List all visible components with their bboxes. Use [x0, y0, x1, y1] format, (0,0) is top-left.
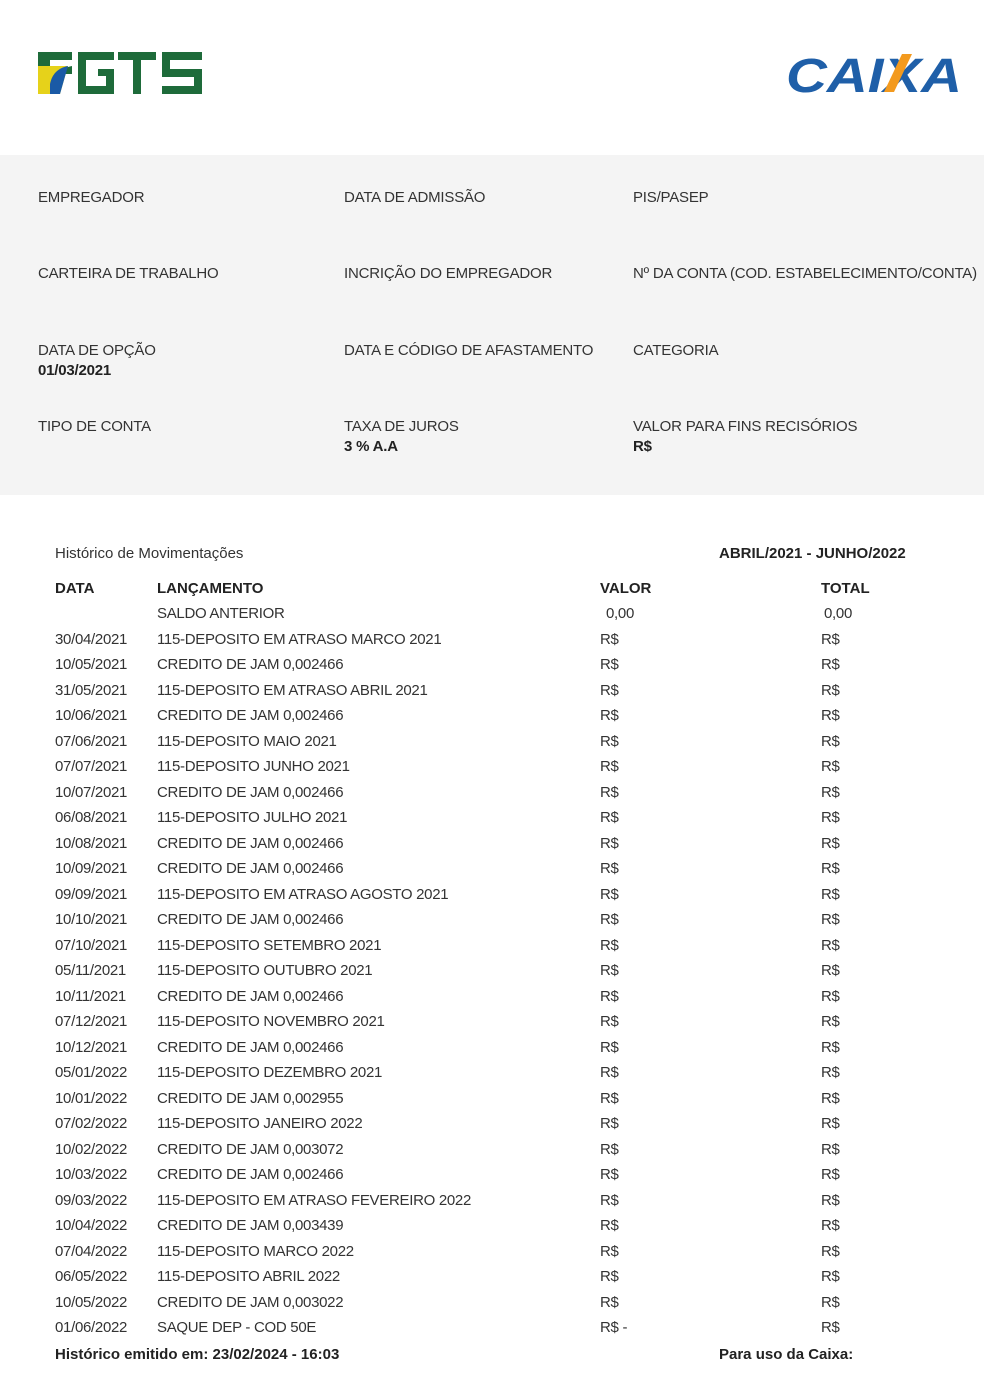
row-total: R$: [821, 1192, 840, 1209]
interest-rate-field: TAXA DE JUROS 3 % A.A: [344, 417, 459, 457]
work-card-field: CARTEIRA DE TRABALHO: [38, 264, 219, 284]
pis-pasep-field: PIS/PASEP: [633, 188, 708, 208]
row-value: R$: [600, 707, 619, 724]
caixa-logo: CAIXA: [786, 52, 964, 94]
interest-rate-value: 3 % A.A: [344, 437, 459, 457]
row-total: R$: [821, 860, 840, 877]
row-total: R$: [821, 1268, 840, 1285]
row-total: R$: [821, 1294, 840, 1311]
table-row: SALDO ANTERIOR0,000,00: [0, 602, 984, 628]
row-value: R$: [600, 1268, 619, 1285]
table-row: 07/06/2021115-DEPOSITO MAIO 2021R$R$: [0, 730, 984, 756]
table-row: 06/05/2022115-DEPOSITO ABRIL 2022R$R$: [0, 1265, 984, 1291]
row-value: R$: [600, 784, 619, 801]
row-description: 115-DEPOSITO EM ATRASO MARCO 2021: [157, 631, 441, 648]
row-date: 07/04/2022: [55, 1243, 127, 1260]
row-total: R$: [821, 809, 840, 826]
row-date: 31/05/2021: [55, 682, 127, 699]
table-row: 10/03/2022CREDITO DE JAM 0,002466R$R$: [0, 1163, 984, 1189]
row-description: SALDO ANTERIOR: [157, 605, 285, 622]
table-row: 10/02/2022CREDITO DE JAM 0,003072R$R$: [0, 1138, 984, 1164]
row-date: 09/09/2021: [55, 886, 127, 903]
row-value: R$ -: [600, 1319, 627, 1336]
table-row: 10/09/2021CREDITO DE JAM 0,002466R$R$: [0, 857, 984, 883]
table-row: 07/12/2021115-DEPOSITO NOVEMBRO 2021R$R$: [0, 1010, 984, 1036]
row-date: 10/07/2021: [55, 784, 127, 801]
row-total: R$: [821, 1115, 840, 1132]
table-row: 09/03/2022115-DEPOSITO EM ATRASO FEVEREI…: [0, 1189, 984, 1215]
account-info-panel: EMPREGADOR DATA DE ADMISSÃO PIS/PASEP CA…: [0, 155, 984, 495]
employer-field: EMPREGADOR: [38, 188, 144, 208]
row-value: R$: [600, 1166, 619, 1183]
table-row: 10/05/2021CREDITO DE JAM 0,002466R$R$: [0, 653, 984, 679]
row-value: R$: [600, 835, 619, 852]
row-date: 10/10/2021: [55, 911, 127, 928]
table-row: 10/10/2021CREDITO DE JAM 0,002466R$R$: [0, 908, 984, 934]
table-row: 30/04/2021115-DEPOSITO EM ATRASO MARCO 2…: [0, 628, 984, 654]
table-row: 10/12/2021CREDITO DE JAM 0,002466R$R$: [0, 1036, 984, 1062]
row-total: R$: [821, 784, 840, 801]
row-value: R$: [600, 656, 619, 673]
row-date: 10/08/2021: [55, 835, 127, 852]
termination-value-field: VALOR PARA FINS RECISÓRIOS R$: [633, 417, 857, 457]
row-total: R$: [821, 886, 840, 903]
history-period: ABRIL/2021 - JUNHO/2022: [719, 545, 906, 562]
account-type-field: TIPO DE CONTA: [38, 417, 151, 437]
table-row: 31/05/2021115-DEPOSITO EM ATRASO ABRIL 2…: [0, 679, 984, 705]
column-header-total: TOTAL: [821, 580, 870, 597]
row-value: 0,00: [606, 605, 634, 622]
table-row: 07/07/2021115-DEPOSITO JUNHO 2021R$R$: [0, 755, 984, 781]
category-field: CATEGORIA: [633, 341, 718, 361]
row-value: R$: [600, 733, 619, 750]
leave-date-code-label: DATA E CÓDIGO DE AFASTAMENTO: [344, 341, 593, 361]
document-header: CAIXA: [0, 0, 984, 155]
employer-registration-label: INCRIÇÃO DO EMPREGADOR: [344, 264, 552, 284]
row-description: CREDITO DE JAM 0,002466: [157, 835, 343, 852]
row-value: R$: [600, 1243, 619, 1260]
row-description: CREDITO DE JAM 0,003439: [157, 1217, 343, 1234]
row-total: R$: [821, 1064, 840, 1081]
table-row: 10/06/2021CREDITO DE JAM 0,002466R$R$: [0, 704, 984, 730]
row-date: 06/08/2021: [55, 809, 127, 826]
column-header-date: DATA: [55, 580, 94, 597]
row-value: R$: [600, 911, 619, 928]
row-description: CREDITO DE JAM 0,002955: [157, 1090, 343, 1107]
work-card-label: CARTEIRA DE TRABALHO: [38, 264, 219, 284]
row-description: 115-DEPOSITO MAIO 2021: [157, 733, 337, 750]
row-date: 07/07/2021: [55, 758, 127, 775]
employer-registration-field: INCRIÇÃO DO EMPREGADOR: [344, 264, 552, 284]
row-description: 115-DEPOSITO DEZEMBRO 2021: [157, 1064, 382, 1081]
row-total: R$: [821, 1090, 840, 1107]
caixa-use-label: Para uso da Caixa:: [719, 1346, 853, 1363]
row-total: R$: [821, 1039, 840, 1056]
row-total: R$: [821, 988, 840, 1005]
table-row: 07/04/2022115-DEPOSITO MARCO 2022R$R$: [0, 1240, 984, 1266]
table-row: 10/07/2021CREDITO DE JAM 0,002466R$R$: [0, 781, 984, 807]
row-description: 115-DEPOSITO EM ATRASO FEVEREIRO 2022: [157, 1192, 471, 1209]
account-number-field: Nº DA CONTA (COD. ESTABELECIMENTO/CONTA): [633, 264, 977, 284]
row-description: CREDITO DE JAM 0,002466: [157, 988, 343, 1005]
row-date: 30/04/2021: [55, 631, 127, 648]
row-value: R$: [600, 1115, 619, 1132]
row-description: CREDITO DE JAM 0,002466: [157, 1039, 343, 1056]
row-description: CREDITO DE JAM 0,002466: [157, 784, 343, 801]
admission-date-field: DATA DE ADMISSÃO: [344, 188, 485, 208]
termination-value-label: VALOR PARA FINS RECISÓRIOS: [633, 417, 857, 437]
row-description: 115-DEPOSITO NOVEMBRO 2021: [157, 1013, 385, 1030]
row-total: R$: [821, 835, 840, 852]
row-description: 115-DEPOSITO EM ATRASO ABRIL 2021: [157, 682, 428, 699]
row-date: 10/05/2021: [55, 656, 127, 673]
row-total: 0,00: [824, 605, 852, 622]
row-value: R$: [600, 886, 619, 903]
row-description: 115-DEPOSITO OUTUBRO 2021: [157, 962, 372, 979]
column-header-description: LANÇAMENTO: [157, 580, 263, 597]
row-value: R$: [600, 1294, 619, 1311]
row-date: 10/06/2021: [55, 707, 127, 724]
row-description: CREDITO DE JAM 0,002466: [157, 860, 343, 877]
account-type-label: TIPO DE CONTA: [38, 417, 151, 437]
option-date-value: 01/03/2021: [38, 361, 156, 381]
category-label: CATEGORIA: [633, 341, 718, 361]
row-date: 07/12/2021: [55, 1013, 127, 1030]
column-header-value: VALOR: [600, 580, 651, 597]
row-value: R$: [600, 1039, 619, 1056]
table-row: 07/02/2022115-DEPOSITO JANEIRO 2022R$R$: [0, 1112, 984, 1138]
history-title: Histórico de Movimentações: [55, 545, 243, 562]
row-value: R$: [600, 962, 619, 979]
termination-value-value: R$: [633, 437, 857, 457]
row-value: R$: [600, 1141, 619, 1158]
row-date: 10/11/2021: [55, 988, 126, 1005]
row-total: R$: [821, 656, 840, 673]
row-date: 01/06/2022: [55, 1319, 127, 1336]
table-row: 01/06/2022SAQUE DEP - COD 50ER$ -R$: [0, 1316, 984, 1342]
row-description: CREDITO DE JAM 0,003022: [157, 1294, 343, 1311]
row-description: 115-DEPOSITO JULHO 2021: [157, 809, 347, 826]
row-description: 115-DEPOSITO EM ATRASO AGOSTO 2021: [157, 886, 448, 903]
row-date: 05/01/2022: [55, 1064, 127, 1081]
table-row: 10/01/2022CREDITO DE JAM 0,002955R$R$: [0, 1087, 984, 1113]
row-value: R$: [600, 809, 619, 826]
table-row: 07/10/2021115-DEPOSITO SETEMBRO 2021R$R$: [0, 934, 984, 960]
row-total: R$: [821, 1166, 840, 1183]
row-value: R$: [600, 1013, 619, 1030]
row-total: R$: [821, 1141, 840, 1158]
row-total: R$: [821, 1243, 840, 1260]
row-date: 10/02/2022: [55, 1141, 127, 1158]
row-description: CREDITO DE JAM 0,002466: [157, 1166, 343, 1183]
row-description: CREDITO DE JAM 0,002466: [157, 656, 343, 673]
row-description: 115-DEPOSITO JUNHO 2021: [157, 758, 350, 775]
employer-label: EMPREGADOR: [38, 188, 144, 208]
pis-pasep-label: PIS/PASEP: [633, 188, 708, 208]
row-date: 05/11/2021: [55, 962, 126, 979]
row-total: R$: [821, 733, 840, 750]
row-total: R$: [821, 682, 840, 699]
admission-date-label: DATA DE ADMISSÃO: [344, 188, 485, 208]
account-number-label: Nº DA CONTA (COD. ESTABELECIMENTO/CONTA): [633, 264, 977, 284]
row-total: R$: [821, 962, 840, 979]
row-date: 06/05/2022: [55, 1268, 127, 1285]
leave-date-code-field: DATA E CÓDIGO DE AFASTAMENTO: [344, 341, 593, 361]
row-value: R$: [600, 1090, 619, 1107]
row-date: 10/05/2022: [55, 1294, 127, 1311]
row-description: SAQUE DEP - COD 50E: [157, 1319, 316, 1336]
issued-timestamp: Histórico emitido em: 23/02/2024 - 16:03: [55, 1346, 339, 1363]
table-row: 05/01/2022115-DEPOSITO DEZEMBRO 2021R$R$: [0, 1061, 984, 1087]
row-value: R$: [600, 937, 619, 954]
row-total: R$: [821, 758, 840, 775]
row-total: R$: [821, 631, 840, 648]
row-total: R$: [821, 1013, 840, 1030]
table-row: 09/09/2021115-DEPOSITO EM ATRASO AGOSTO …: [0, 883, 984, 909]
row-date: 10/12/2021: [55, 1039, 127, 1056]
table-row: 06/08/2021115-DEPOSITO JULHO 2021R$R$: [0, 806, 984, 832]
row-date: 10/03/2022: [55, 1166, 127, 1183]
table-row: 05/11/2021115-DEPOSITO OUTUBRO 2021R$R$: [0, 959, 984, 985]
row-description: 115-DEPOSITO SETEMBRO 2021: [157, 937, 381, 954]
table-row: 10/08/2021CREDITO DE JAM 0,002466R$R$: [0, 832, 984, 858]
row-value: R$: [600, 1217, 619, 1234]
row-date: 10/04/2022: [55, 1217, 127, 1234]
row-description: 115-DEPOSITO JANEIRO 2022: [157, 1115, 362, 1132]
row-value: R$: [600, 1064, 619, 1081]
row-date: 10/09/2021: [55, 860, 127, 877]
row-value: R$: [600, 758, 619, 775]
row-description: CREDITO DE JAM 0,002466: [157, 911, 343, 928]
row-date: 07/02/2022: [55, 1115, 127, 1132]
row-value: R$: [600, 682, 619, 699]
fgts-logo: [38, 52, 204, 94]
option-date-label: DATA DE OPÇÃO: [38, 341, 156, 361]
row-value: R$: [600, 860, 619, 877]
row-value: R$: [600, 988, 619, 1005]
option-date-field: DATA DE OPÇÃO 01/03/2021: [38, 341, 156, 381]
row-total: R$: [821, 911, 840, 928]
table-row: 10/04/2022CREDITO DE JAM 0,003439R$R$: [0, 1214, 984, 1240]
row-date: 07/10/2021: [55, 937, 127, 954]
table-row: 10/11/2021CREDITO DE JAM 0,002466R$R$: [0, 985, 984, 1011]
transactions-table: SALDO ANTERIOR0,000,0030/04/2021115-DEPO…: [0, 602, 984, 1342]
row-value: R$: [600, 1192, 619, 1209]
row-total: R$: [821, 707, 840, 724]
interest-rate-label: TAXA DE JUROS: [344, 417, 459, 437]
row-total: R$: [821, 1217, 840, 1234]
row-total: R$: [821, 1319, 840, 1336]
row-date: 07/06/2021: [55, 733, 127, 750]
row-date: 10/01/2022: [55, 1090, 127, 1107]
table-row: 10/05/2022CREDITO DE JAM 0,003022R$R$: [0, 1291, 984, 1317]
row-total: R$: [821, 937, 840, 954]
svg-text:CAIXA: CAIXA: [786, 52, 962, 94]
row-description: CREDITO DE JAM 0,002466: [157, 707, 343, 724]
row-description: CREDITO DE JAM 0,003072: [157, 1141, 343, 1158]
row-date: 09/03/2022: [55, 1192, 127, 1209]
row-description: 115-DEPOSITO MARCO 2022: [157, 1243, 354, 1260]
row-value: R$: [600, 631, 619, 648]
row-description: 115-DEPOSITO ABRIL 2022: [157, 1268, 340, 1285]
